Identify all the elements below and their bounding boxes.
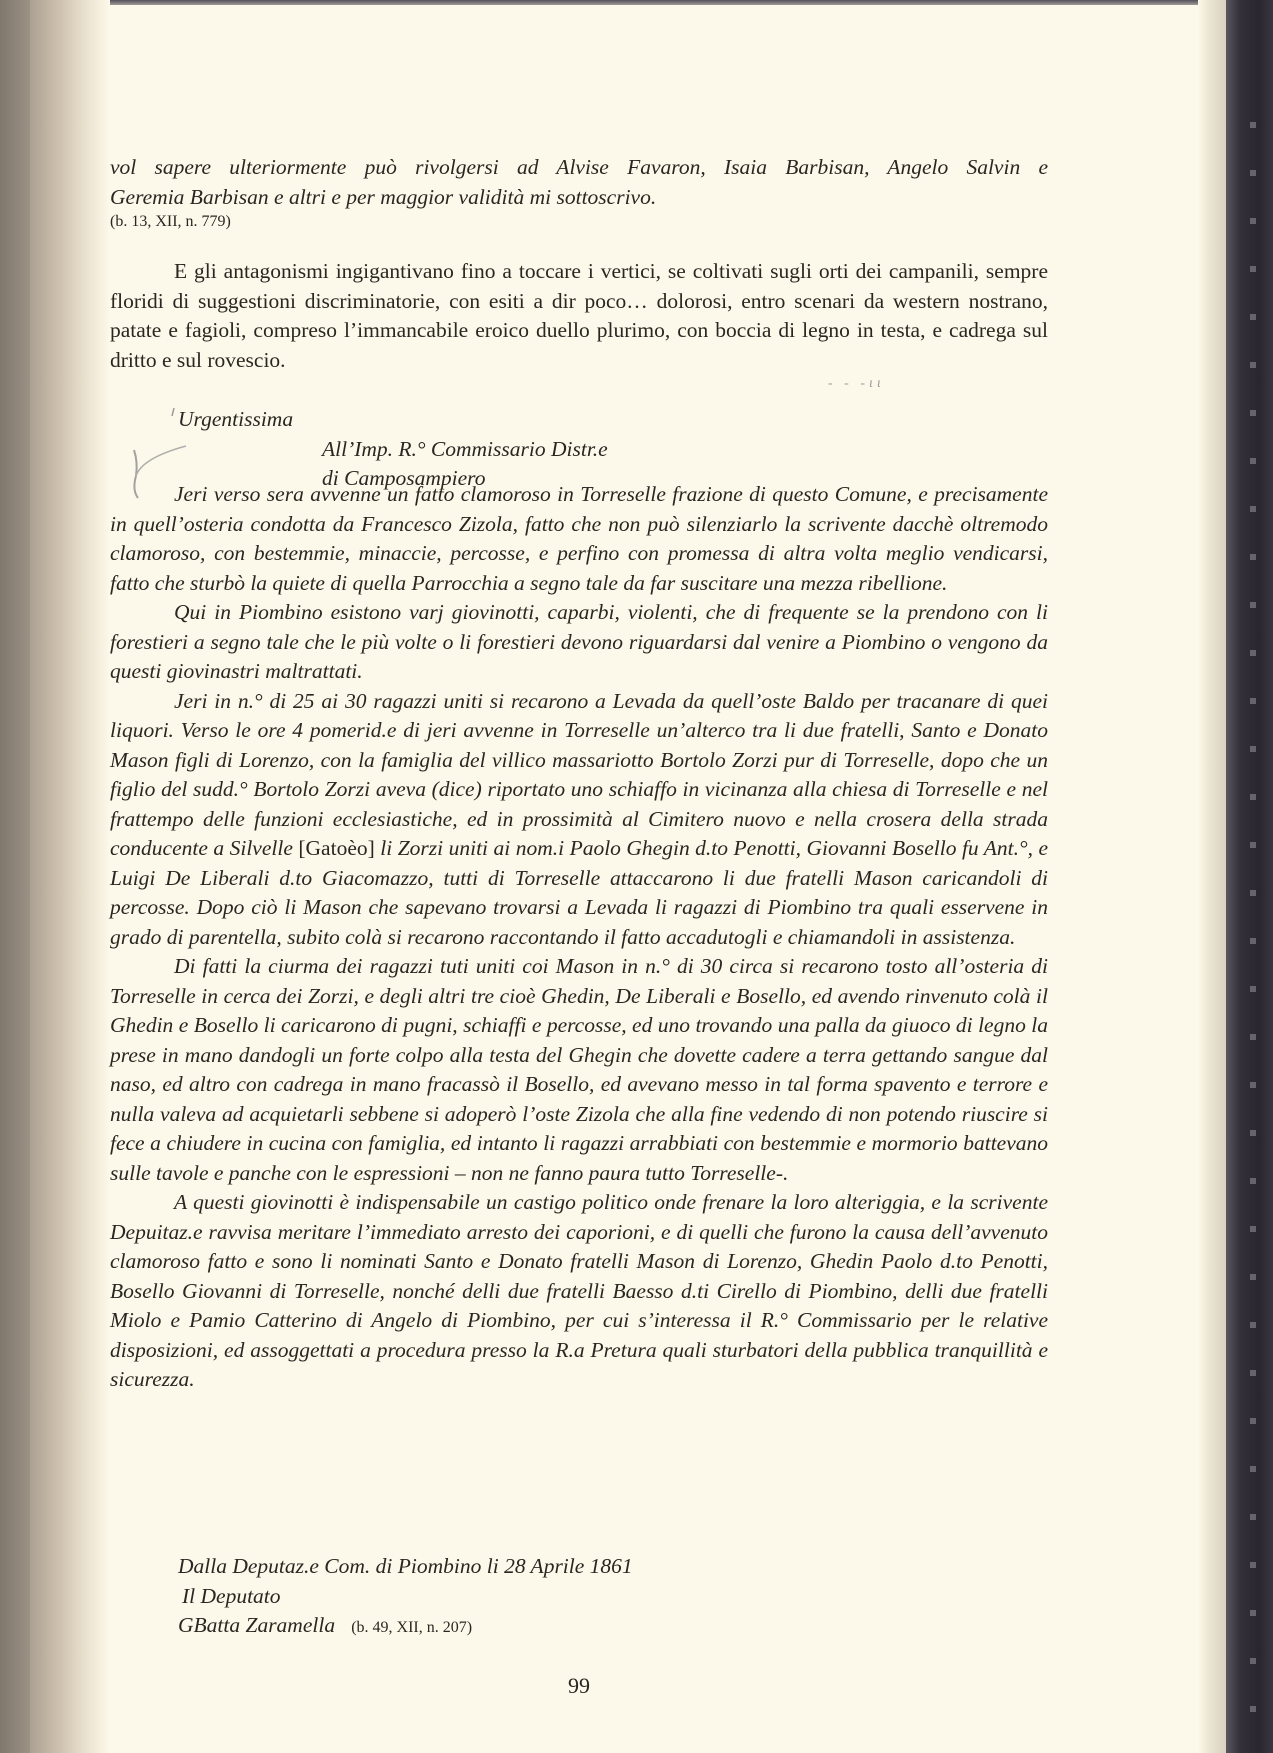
pencil-mark: - - -ιι xyxy=(828,376,885,392)
book-gutter-shadow xyxy=(0,0,110,1753)
signatory-title: Il Deputato xyxy=(110,1582,1048,1612)
letter-paragraph: Jeri in n.° di 25 ai 30 ragazzi uniti si… xyxy=(110,687,1048,953)
letter-paragraph: Qui in Piombino esistono varj giovinotti… xyxy=(110,598,1048,687)
editorial-insert: [Gatoèo] xyxy=(298,836,374,860)
signatory-name: GBatta Zaramella xyxy=(178,1613,335,1637)
page-edge xyxy=(1198,0,1226,1753)
intro-quote-line: Geremia Barbisan e altri e per maggior v… xyxy=(110,183,1048,213)
archive-reference: (b. 13, XII, n. 779) xyxy=(110,211,1048,233)
intro-quote-line: vol sapere ulteriormente può rivolgersi … xyxy=(110,153,1048,183)
letter-paragraph: Di fatti la ciurma dei ragazzi tuti unit… xyxy=(110,952,1048,1188)
cover-texture xyxy=(1250,80,1256,1753)
signatory-line: GBatta Zaramella (b. 49, XII, n. 207) xyxy=(110,1611,1048,1643)
page-number: 99 xyxy=(568,1673,590,1699)
scan-top-edge xyxy=(0,0,1273,5)
narrative-text: E gli antagonismi ingigantivano fino a t… xyxy=(110,257,1048,375)
intro-quote: vol sapere ulteriormente può rivolgersi … xyxy=(110,153,1048,212)
letter-body: Jeri verso sera avvenne un fatto clamoro… xyxy=(110,480,1048,1395)
book-gutter-inner xyxy=(0,0,30,1753)
letter-closing: Dalla Deputaz.e Com. di Piombino li 28 A… xyxy=(110,1552,1048,1643)
letter-paragraph-text: Jeri in n.° di 25 ai 30 ragazzi uniti si… xyxy=(110,689,1048,861)
letter-urgency: Urgentissima xyxy=(110,405,1048,435)
archive-reference: (b. 49, XII, n. 207) xyxy=(351,1619,472,1636)
letter-addressee: All’Imp. R.° Commissario Distr.e xyxy=(110,435,1048,465)
narrative-paragraph: E gli antagonismi ingigantivano fino a t… xyxy=(110,257,1048,375)
place-date: Dalla Deputaz.e Com. di Piombino li 28 A… xyxy=(110,1552,1048,1582)
letter-paragraph: Jeri verso sera avvenne un fatto clamoro… xyxy=(110,480,1048,598)
letter-paragraph: A questi giovinotti è indispensabile un … xyxy=(110,1188,1048,1395)
